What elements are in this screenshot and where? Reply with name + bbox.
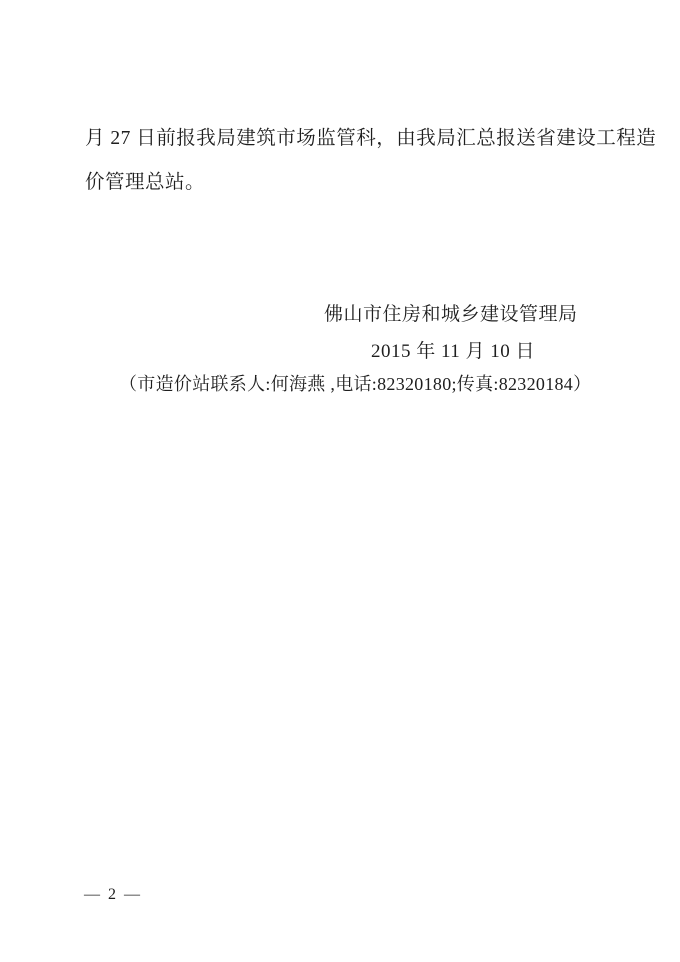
signature-organization: 佛山市住房和城乡建设管理局 (324, 299, 578, 326)
body-paragraph-line-2: 价管理总站。 (85, 161, 605, 205)
signature-date: 2015 年 11 月 10 日 (371, 336, 535, 363)
signature-contact-line: （市造价站联系人:何海燕 ,电话:82320180;传真:82320184） (119, 370, 591, 396)
body-paragraph: 月 27 日前报我局建筑市场监管科，由我局汇总报送省建设工程造 价管理总站。 (85, 117, 605, 205)
document-page: 月 27 日前报我局建筑市场监管科，由我局汇总报送省建设工程造 价管理总站。 佛… (0, 0, 680, 962)
body-paragraph-line-1: 月 27 日前报我局建筑市场监管科，由我局汇总报送省建设工程造 (85, 117, 605, 161)
page-number: — 2 — (84, 886, 142, 904)
